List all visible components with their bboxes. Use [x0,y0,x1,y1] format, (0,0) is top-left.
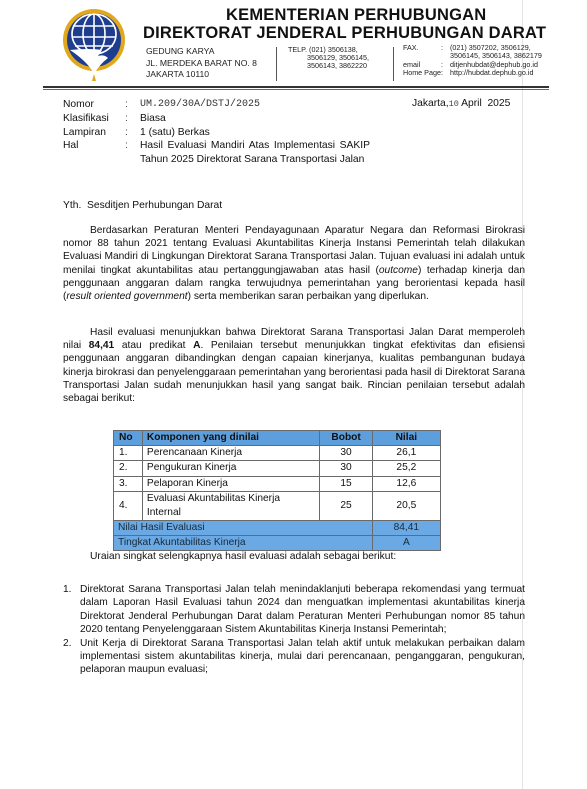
cell-component: Perencanaan Kinerja [142,446,320,461]
findings-list: 1.Direktorat Sarana Transportasi Jalan t… [63,583,525,677]
col-bobot: Bobot [320,431,372,446]
hal-label: Hal [63,139,125,167]
klasifikasi-value: Biasa [140,112,370,126]
table-row: 3.Pelaporan Kinerja1512,6 [114,476,441,491]
evaluation-table: No Komponen yang dinilai Bobot Nilai 1.P… [113,430,441,551]
cell-component: Pelaporan Kinerja [142,476,320,491]
directorate-title: DIREKTORAT JENDERAL PERHUBUNGAN DARAT [143,24,546,43]
total-row: Nilai Hasil Evaluasi 84,41 [114,520,441,535]
address-block: GEDUNG KARYA JL. MERDEKA BARAT NO. 8 JAK… [146,46,257,81]
letter-meta: Nomor : UM.209/30A/DSTJ/2025 Klasifikasi… [63,98,370,167]
grade-value: A [372,535,440,550]
grade-label: Tingkat Akuntabilitas Kinerja [114,535,373,550]
header-rule [43,86,549,88]
ministry-title: KEMENTERIAN PERHUBUNGAN [226,6,486,25]
cell-no: 1. [114,446,143,461]
cell-bobot: 25 [320,491,372,520]
list-item: 1.Direktorat Sarana Transportasi Jalan t… [63,583,525,637]
address-line: JAKARTA 10110 [146,69,257,81]
col-nilai: Nilai [372,431,440,446]
salutation: Yth. Sesditjen Perhubungan Darat [63,200,222,211]
table-row: 1.Perencanaan Kinerja3026,1 [114,446,441,461]
nomor-label: Nomor [63,98,125,112]
divider [393,47,394,81]
klasifikasi-label: Klasifikasi [63,112,125,126]
paragraph-intro: Berdasarkan Peraturan Menteri Pendayagun… [63,224,525,303]
list-number: 1. [63,583,72,596]
table-row: 4.Evaluasi Akuntabilitas Kinerja Interna… [114,491,441,520]
telephone-block: TELP. (021) 3506138, 3506129, 3506145, 3… [288,46,369,70]
list-text: Direktorat Sarana Transportasi Jalan tel… [80,584,525,635]
lampiran-label: Lampiran [63,126,125,140]
grade-row: Tingkat Akuntabilitas Kinerja A [114,535,441,550]
contact-block: FAX.:(021) 3507202, 3506129, 3506145, 35… [403,44,542,78]
cell-no: 2. [114,461,143,476]
list-text: Unit Kerja di Direktorat Sarana Transpor… [80,638,525,676]
homepage-label: Home Page [403,69,441,77]
divider [276,47,277,81]
fax-label: FAX. [403,44,441,52]
list-number: 2. [63,637,72,650]
cell-component: Pengukuran Kinerja [142,461,320,476]
telp-number: 3506143, 3862220 [288,62,369,70]
nomor-value: UM.209/30A/DSTJ/2025 [140,98,370,112]
address-line: JL. MERDEKA BARAT NO. 8 [146,58,257,70]
homepage-link[interactable]: http://hubdat.dephub.go.id [450,69,542,77]
cell-component: Evaluasi Akuntabilitas Kinerja Internal [142,491,320,520]
cell-bobot: 30 [320,461,372,476]
table-row: 2.Pengukuran Kinerja3025,2 [114,461,441,476]
ministry-logo-icon [60,4,128,82]
paragraph-result: Hasil evaluasi menunjukkan bahwa Direkto… [63,326,525,405]
header-rule [43,89,549,90]
cell-nilai: 26,1 [372,446,440,461]
cell-bobot: 15 [320,476,372,491]
hal-value: Hasil Evaluasi Mandiri Atas Implementasi… [140,139,370,167]
col-component: Komponen yang dinilai [142,431,320,446]
address-line: GEDUNG KARYA [146,46,257,58]
total-label: Nilai Hasil Evaluasi [114,520,373,535]
cell-nilai: 20,5 [372,491,440,520]
letter-date: Jakarta,10 April 2025 [412,98,510,109]
cell-bobot: 30 [320,446,372,461]
score-value: 84,41 [89,340,115,351]
col-no: No [114,431,143,446]
cell-no: 4. [114,491,143,520]
table-header-row: No Komponen yang dinilai Bobot Nilai [114,431,441,446]
cell-no: 3. [114,476,143,491]
lampiran-value: 1 (satu) Berkas [140,126,370,140]
telp-label: TELP. [288,45,307,54]
cell-nilai: 12,6 [372,476,440,491]
list-item: 2.Unit Kerja di Direktorat Sarana Transp… [63,637,525,677]
cell-nilai: 25,2 [372,461,440,476]
total-value: 84,41 [372,520,440,535]
findings-intro: Uraian singkat selengkapnya hasil evalua… [90,551,396,562]
